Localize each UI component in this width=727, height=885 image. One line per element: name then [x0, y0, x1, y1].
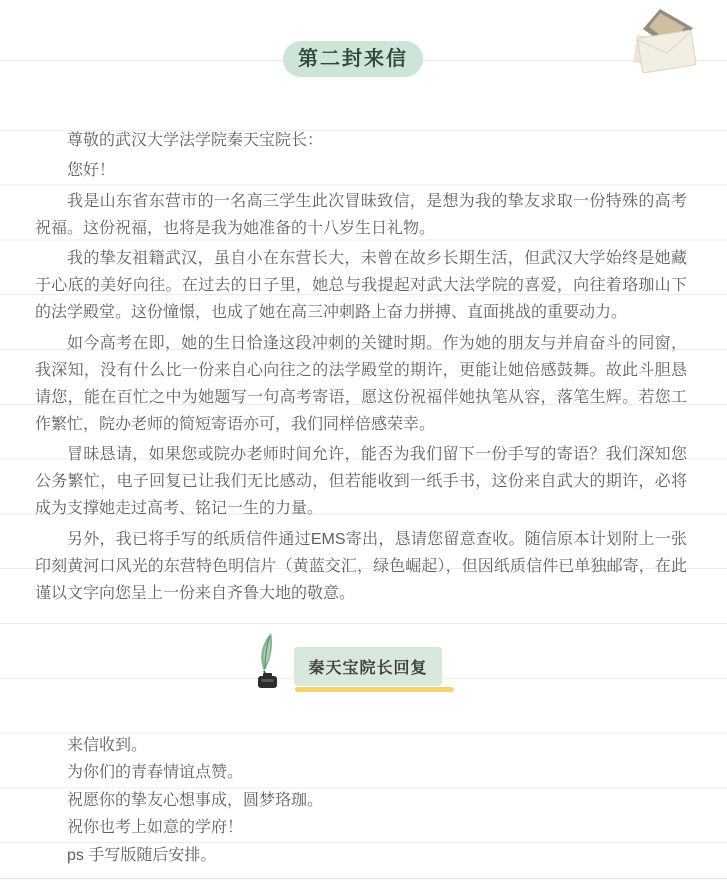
reply-line: ps 手写版随后安排。	[35, 842, 687, 870]
reply-header: 秦天宝院长回复	[0, 631, 727, 686]
letter-paragraph: 我的挚友祖籍武汉，虽自小在东营长大，未曾在故乡长期生活，但武汉大学始终是她藏于心…	[35, 245, 687, 326]
reply-line: 祝愿你的挚友心想事成，圆梦珞珈。	[35, 787, 687, 815]
reply-title-badge: 秦天宝院长回复	[294, 647, 441, 686]
reply-line: 为你们的青春情谊点赞。	[35, 759, 687, 787]
letter-paragraph: 我是山东省东营市的一名高三学生此次冒昧致信，是想为我的挚友求取一份特殊的高考祝福…	[35, 188, 687, 242]
reply-line: 来信收到。	[35, 732, 687, 760]
reply-line: 祝你也考上如意的学府！	[35, 814, 687, 842]
header: 第二封来信	[0, 0, 727, 118]
bottom-divider	[0, 878, 727, 879]
letter-page: 第二封来信 尊敬的武汉大学法学院秦天宝院长： 您好！ 我是山东省东营市的一名高三…	[0, 0, 727, 885]
envelope-icon	[632, 5, 702, 77]
letter-body: 尊敬的武汉大学法学院秦天宝院长： 您好！ 我是山东省东营市的一名高三学生此次冒昧…	[35, 118, 687, 607]
letter-paragraph: 冒昧恳请，如果您或院办老师时间允许，能否为我们留下一份手写的寄语？我们深知您公务…	[35, 441, 687, 522]
quill-inkwell-icon	[251, 631, 285, 689]
section-title-badge: 第二封来信	[283, 41, 423, 77]
reply-body: 来信收到。 为你们的青春情谊点赞。 祝愿你的挚友心想事成，圆梦珞珈。 祝你也考上…	[35, 732, 687, 870]
letter-paragraph: 另外，我已将手写的纸质信件通过EMS寄出，恳请您留意查收。随信原本计划附上一张印…	[35, 526, 687, 607]
letter-salutation: 尊敬的武汉大学法学院秦天宝院长：	[35, 127, 687, 154]
letter-paragraph: 如今高考在即，她的生日恰逢这段冲刺的关键时期。作为她的朋友与并肩奋斗的同窗，我深…	[35, 330, 687, 438]
letter-greeting: 您好！	[35, 157, 687, 184]
